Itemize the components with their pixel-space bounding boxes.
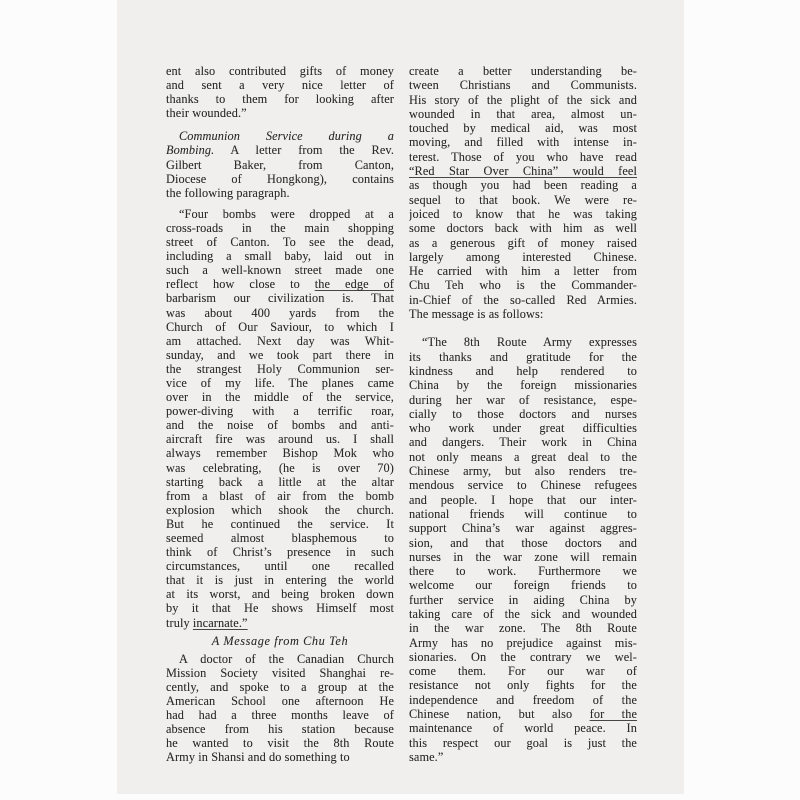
text-line: at its worst, and being broken down	[166, 587, 394, 601]
text-line: Diocese of Hongkong), contains	[166, 172, 394, 186]
text-line: resistance not only fights for the	[409, 678, 637, 692]
text-line: sunday, and we took part there in	[166, 348, 394, 362]
text-column-right: create a better understanding be-tween C…	[409, 64, 637, 764]
text-line: this respect our goal is just the	[409, 736, 637, 750]
text-line: such a well-known street made one	[166, 263, 394, 277]
text-line: Chu Teh who is the Commander-	[409, 278, 637, 292]
text-line: mendous service to Chinese refugees	[409, 478, 637, 492]
text-line: terest. Those of you who have read	[409, 150, 637, 164]
text-line: reflect how close to the edge of	[166, 277, 394, 291]
text-line: nurses in the war zone will remain	[409, 550, 637, 564]
text-line: His story of the plight of the sick and	[409, 93, 637, 107]
text-line: American School one afternoon He	[166, 694, 394, 708]
text-line: Army in Shansi and do something to	[166, 750, 394, 764]
text-line: including a small baby, laid out in	[166, 249, 394, 263]
text-line: “Red Star Over China” would feel	[409, 164, 637, 178]
text-line: He carried with him a letter from	[409, 264, 637, 278]
text-line: tween Christians and Communists.	[409, 78, 637, 92]
text-line: Chinese nation, but also for the	[409, 707, 637, 721]
paragraph: A doctor of the Canadian ChurchMission S…	[166, 652, 394, 765]
text-line: as a generous gift of money raised	[409, 236, 637, 250]
paragraph: “Four bombs were dropped at across-roads…	[166, 207, 394, 630]
text-line: over in the middle of the service,	[166, 390, 394, 404]
text-line: wounded in that area, almost un-	[409, 107, 637, 121]
text-line: explosion which shook the church.	[166, 503, 394, 517]
text-line: the strangest Holy Communion ser-	[166, 362, 394, 376]
text-line: there to work. Furthermore we	[409, 564, 637, 578]
text-line: cross-roads in the main shopping	[166, 221, 394, 235]
text-line: China by the foreign missionaries	[409, 378, 637, 392]
text-line: street of Canton. To see the dead,	[166, 235, 394, 249]
text-line: same.”	[409, 750, 637, 764]
text-line: further service in aiding China by	[409, 593, 637, 607]
text-line: national friends will continue to	[409, 507, 637, 521]
text-line: truly incarnate.”	[166, 616, 394, 630]
text-line: am attached. Next day was Whit-	[166, 334, 394, 348]
text-line: was celebrating, (he is over 70)	[166, 461, 394, 475]
text-line: and people. I hope that our inter-	[409, 493, 637, 507]
text-line: sequel to that book. We were re-	[409, 193, 637, 207]
text-line: not only means a great deal to the	[409, 450, 637, 464]
text-line: the following paragraph.	[166, 186, 394, 200]
text-line: power-diving with a terrific roar,	[166, 404, 394, 418]
text-line: during her war of resistance, espe-	[409, 393, 637, 407]
text-line: from a blast of air from the bomb	[166, 489, 394, 503]
text-line: cently, and spoke to a group at the	[166, 680, 394, 694]
text-line: starting back a little at the altar	[166, 475, 394, 489]
text-line: in the war zone. The 8th Route	[409, 621, 637, 635]
text-column-left: ent also contributed gifts of moneyand s…	[166, 64, 394, 765]
text-line: A doctor of the Canadian Church	[166, 652, 394, 666]
text-line: come them. For our war of	[409, 664, 637, 678]
text-line: he wanted to visit the 8th Route	[166, 736, 394, 750]
text-line: “Four bombs were dropped at a	[166, 207, 394, 221]
text-line: who work under great difficulties	[409, 421, 637, 435]
text-line: A Message from Chu Teh	[166, 634, 394, 648]
paragraph: ent also contributed gifts of moneyand s…	[166, 64, 394, 120]
text-line: and sent a very nice letter of	[166, 78, 394, 92]
text-line: The message is as follows:	[409, 307, 637, 321]
text-line: Gilbert Baker, from Canton,	[166, 158, 394, 172]
text-line: as though you had been reading a	[409, 178, 637, 192]
text-line: Army has no prejudice against mis-	[409, 636, 637, 650]
text-line: cially to those doctors and nurses	[409, 407, 637, 421]
text-line: maintenance of world peace. In	[409, 721, 637, 735]
text-line: always remember Bishop Mok who	[166, 446, 394, 460]
document-page: ent also contributed gifts of moneyand s…	[117, 0, 684, 794]
text-line: circumstances, until one recalled	[166, 559, 394, 573]
text-line: was about 400 yards from the	[166, 306, 394, 320]
text-line: sion, and that those doctors and	[409, 536, 637, 550]
text-line: think of Christ’s presence in such	[166, 545, 394, 559]
text-line: in-Chief of the so-called Red Armies.	[409, 293, 637, 307]
text-line: Church of Our Saviour, to which I	[166, 320, 394, 334]
text-line: by it that He shows Himself most	[166, 601, 394, 615]
text-line: had had a three months leave of	[166, 708, 394, 722]
text-line: welcome our foreign friends to	[409, 578, 637, 592]
text-line: sionaries. On the contrary we wel-	[409, 650, 637, 664]
text-line: their wounded.”	[166, 106, 394, 120]
text-line: thanks to them for looking after	[166, 92, 394, 106]
text-line: “The 8th Route Army expresses	[409, 335, 637, 349]
text-line: Bombing. A letter from the Rev.	[166, 143, 394, 157]
paragraph: “The 8th Route Army expressesits thanks …	[409, 335, 637, 764]
text-line: moving, and filled with intense in-	[409, 135, 637, 149]
text-line: absence from his station because	[166, 722, 394, 736]
text-line: its thanks and gratitude for the	[409, 350, 637, 364]
text-line: support China’s war against aggres-	[409, 521, 637, 535]
text-line: Chinese army, but also renders tre-	[409, 464, 637, 478]
text-line: But he continued the service. It	[166, 517, 394, 531]
text-line: kindness and help rendered to	[409, 364, 637, 378]
text-line: and the noise of bombs and anti-	[166, 418, 394, 432]
text-line: create a better understanding be-	[409, 64, 637, 78]
text-line: largely among interested Chinese.	[409, 250, 637, 264]
text-line: some doctors back with him as well	[409, 221, 637, 235]
text-line: and dangers. Their work in China	[409, 435, 637, 449]
text-line: barbarism our civilization is. That	[166, 291, 394, 305]
text-line: aircraft fire was around us. I shall	[166, 432, 394, 446]
text-line: vice of my life. The planes came	[166, 376, 394, 390]
paragraph: Communion Service during aBombing. A let…	[166, 129, 394, 199]
text-line: touched by medical aid, was most	[409, 121, 637, 135]
text-line: taking care of the sick and wounded	[409, 607, 637, 621]
text-line: Mission Society visited Shanghai re-	[166, 666, 394, 680]
text-line: that it is just in entering the world	[166, 573, 394, 587]
text-line: independence and freedom of the	[409, 693, 637, 707]
text-line: seemed almost blasphemous to	[166, 531, 394, 545]
text-line: Communion Service during a	[166, 129, 394, 143]
section-heading: A Message from Chu Teh	[166, 634, 394, 648]
paragraph: create a better understanding be-tween C…	[409, 64, 637, 321]
text-line: joiced to know that he was taking	[409, 207, 637, 221]
scan-background: ent also contributed gifts of moneyand s…	[0, 0, 800, 800]
text-line: ent also contributed gifts of money	[166, 64, 394, 78]
